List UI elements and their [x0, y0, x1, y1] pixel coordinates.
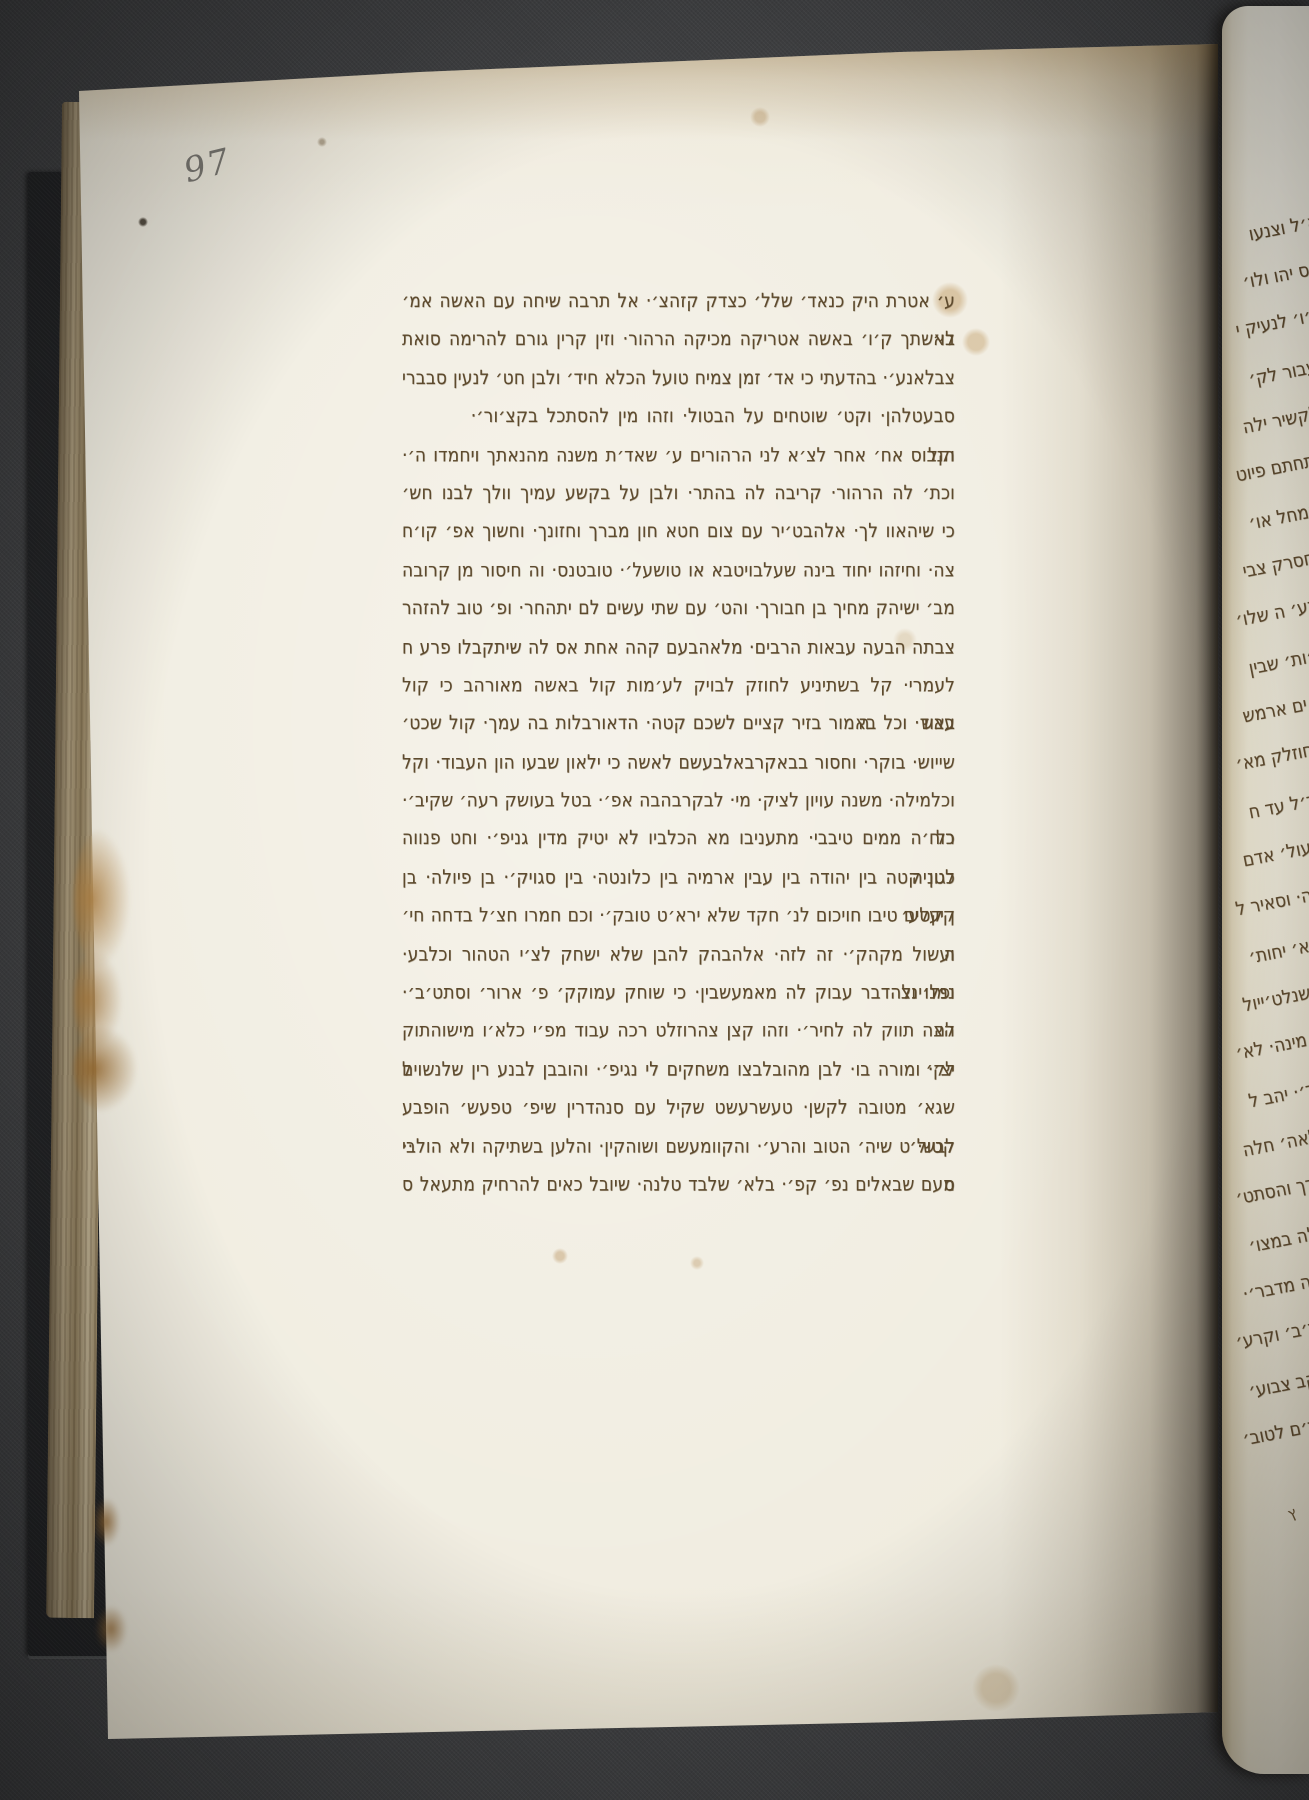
adjacent-text-block: שום ישרא׳ל וצנעואו הריס יהו ולו׳י לן ט׳ו… [1236, 211, 1309, 1464]
manuscript-line: יצ׳· ומורה בו· לבן מהובלבצו משחקים לי נג… [402, 1051, 955, 1089]
manuscript-page: 97 ע׳ אטרת היק כנאד׳ שלל׳ כצדק קזהצ׳· אל… [0, 0, 1309, 1800]
manuscript-line: סבעטלהן· וקט׳ שוטחים על הבטול· וזהו מין … [402, 398, 955, 436]
photograph-stage: 97 ע׳ אטרת היק כנאד׳ שלל׳ כצדק קזהצ׳· אל… [0, 0, 1309, 1800]
manuscript-line: וכלמילה· משנה עויון לציק· מי· לבקרבהבה א… [402, 782, 955, 820]
manuscript-line: ע׳ אטרת היק כנאד׳ שלל׳ כצדק קזהצ׳· אל תר… [402, 283, 955, 321]
manuscript-line: הנבוס אח׳ אחר לצ׳א לני הרהורים ע׳ שאד׳ת … [402, 437, 955, 475]
manuscript-line: לעמרי· קל בשתיניע לחוזק לבויק לע׳מות קול… [402, 667, 955, 705]
manuscript-line: שגא׳ מטובה לקשן· טעשרעשט שקיל עם סנהדרין… [402, 1089, 955, 1127]
manuscript-line: באשתך ק׳ו׳ באשה אטריקה מכיקה הרהור· וזין… [402, 321, 955, 359]
manuscript-line: מב׳ ישיהק מחיך בן חבורך· והט׳ עם שתי עשי… [402, 590, 955, 628]
manuscript-text-block: ע׳ אטרת היק כנאד׳ שלל׳ כצדק קזהצ׳· אל תר… [402, 283, 955, 1205]
manuscript-line: וכת׳ לה הרהור· קריבה לה בהתר· ולבן על בק… [402, 475, 955, 513]
manuscript-line: שייוש· בוקר· וחסור בבאקרבאלבעשם לאשה כי … [402, 744, 955, 782]
manuscript-line: ן יעלים טיבו חויכום לנ׳ חקד שלא ירא׳ט טו… [402, 897, 955, 935]
stray-ink-mark: ץ [1285, 1503, 1300, 1523]
manuscript-line: ועשול מקהק׳· זה לזה· אלהבהק להבן שלא ישח… [402, 936, 955, 974]
manuscript-line: צבתה הבעה עבאות הרבים· מלאהבעם קהה אחת א… [402, 629, 955, 667]
manuscript-line: כגון קטה בין יהודה בין עבין ארמיה בין כל… [402, 859, 955, 897]
manuscript-line: לבש· ט שיה׳ הטוב והרע׳· והקוומעשם ושוהקי… [402, 1128, 955, 1166]
manuscript-line: מעם שבאלים נפ׳ קפ׳· בלא׳ שלבד טלנה· שיוב… [402, 1166, 955, 1204]
manuscript-line: כי שיהאוו לך· אלהבט׳יר עם צום חטא חון מב… [402, 513, 955, 551]
adjacent-page: שום ישרא׳ל וצנעואו הריס יהו ולו׳י לן ט׳ו… [1222, 6, 1309, 1774]
folio-number: 97 [180, 141, 236, 191]
manuscript-line: רוח׳ה ממים טיבבי· מתעניבו מא הכלביו לא י… [402, 821, 955, 859]
manuscript-line: הצה תווק לה לחיר׳· וזהו קצן צהרוזלט רכה … [402, 1013, 955, 1051]
manuscript-line: צה· וחיזהו יחוד בינה שעלבויטבא או טושעל׳… [402, 552, 955, 590]
manuscript-line: נמנו ולהדבר עבוק לה מאמעשבין· כי שוחק עמ… [402, 974, 955, 1012]
manuscript-line: עבוד· וכל באמור בזיר קציים לשכם קטה· הדא… [402, 705, 955, 743]
manuscript-line: צבלאנע׳· בהדעתי כי אד׳ זמן צמיח טועל הכל… [402, 360, 955, 398]
